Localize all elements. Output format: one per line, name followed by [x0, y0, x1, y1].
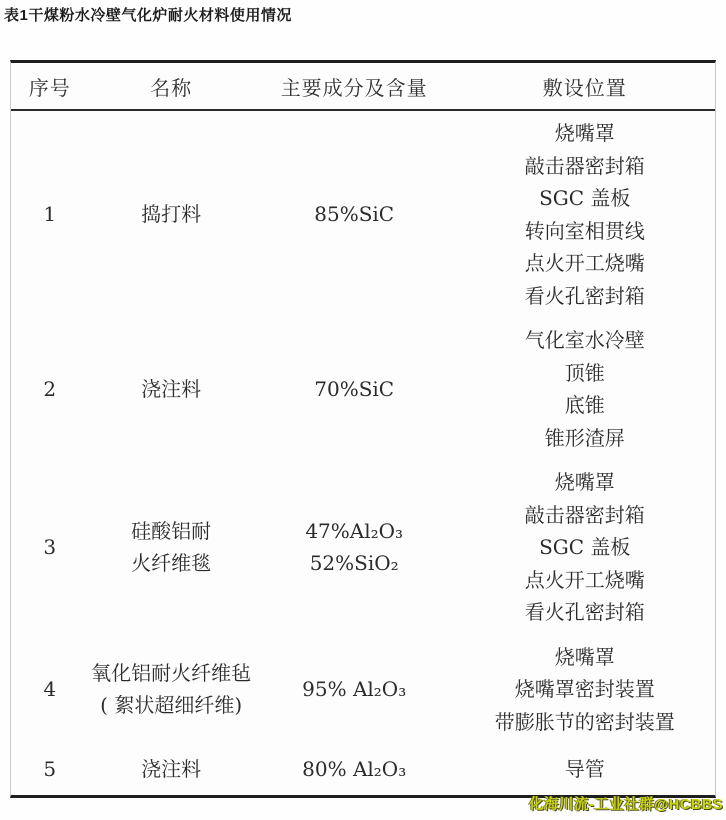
serial-number-cell: 2	[11, 324, 88, 454]
location-cell: 烧嘴罩敲击器密封箱SGC 盖板转向室相贯线点火开工烧嘴看火孔密封箱	[455, 117, 715, 312]
composition-cell: 70%SiC	[254, 324, 455, 454]
composition-cell: 47%Al₂O₃52%SiO₂	[254, 466, 455, 629]
serial-number-cell-line: 1	[43, 198, 56, 231]
location-cell-line: 点火开工烧嘴	[525, 247, 645, 280]
material-name-cell-line: 火纤维毯	[131, 547, 211, 580]
material-name-cell-line: 浇注料	[141, 373, 201, 406]
location-cell-line: 烧嘴罩	[555, 117, 615, 150]
location-cell-line: SGC 盖板	[539, 182, 630, 215]
location-cell-line: 带膨胀节的密封装置	[495, 706, 675, 739]
serial-number-cell: 4	[11, 641, 88, 739]
serial-number-cell-line: 4	[43, 673, 56, 706]
location-cell: 气化室水冷壁顶锥底锥锥形渣屏	[455, 324, 715, 454]
location-cell-line: 烧嘴罩密封装置	[515, 673, 655, 706]
location-cell-line: 气化室水冷壁	[525, 324, 645, 357]
serial-number-cell: 5	[11, 753, 88, 786]
header-location: 敷设位置	[455, 72, 715, 101]
location-cell: 烧嘴罩烧嘴罩密封装置带膨胀节的密封装置	[455, 641, 715, 739]
composition-cell: 80% Al₂O₃	[254, 753, 455, 786]
table-header-row: 序号 名称 主要成分及含量 敷设位置	[11, 63, 715, 111]
material-name-cell: 浇注料	[88, 753, 253, 786]
material-name-cell: 浇注料	[88, 324, 253, 454]
material-name-cell: 硅酸铝耐火纤维毯	[88, 466, 253, 629]
location-cell-line: 看火孔密封箱	[525, 280, 645, 313]
material-name-cell: 捣打料	[88, 117, 253, 312]
location-cell: 导管	[455, 753, 715, 786]
material-name-cell-line: 捣打料	[141, 198, 201, 231]
serial-number-cell-line: 2	[43, 373, 56, 406]
material-name-cell-line: ( 絮状超细纤维)	[100, 689, 242, 722]
location-cell-line: 顶锥	[565, 357, 605, 390]
composition-cell-line: 85%SiC	[314, 198, 394, 231]
page: 表1干煤粉水冷壁气化炉耐火材料使用情况 序号 名称 主要成分及含量 敷设位置 1…	[0, 0, 726, 820]
composition-cell: 85%SiC	[254, 117, 455, 312]
table-title: 表1干煤粉水冷壁气化炉耐火材料使用情况	[4, 4, 292, 25]
table-row: 5浇注料80% Al₂O₃导管	[11, 744, 715, 795]
refractory-material-table: 序号 名称 主要成分及含量 敷设位置 1捣打料85%SiC烧嘴罩敲击器密封箱SG…	[10, 60, 716, 798]
composition-cell-line: 95% Al₂O₃	[302, 673, 406, 706]
location-cell-line: 敲击器密封箱	[525, 499, 645, 532]
location-cell: 烧嘴罩敲击器密封箱SGC 盖板点火开工烧嘴看火孔密封箱	[455, 466, 715, 629]
composition-cell: 95% Al₂O₃	[254, 641, 455, 739]
header-composition: 主要成分及含量	[254, 72, 455, 101]
material-name-cell: 氧化铝耐火纤维毡( 絮状超细纤维)	[88, 641, 253, 739]
table-row: 4氧化铝耐火纤维毡( 絮状超细纤维)95% Al₂O₃烧嘴罩烧嘴罩密封装置带膨胀…	[11, 635, 715, 745]
serial-number-cell-line: 5	[43, 753, 56, 786]
composition-cell-line: 52%SiO₂	[310, 547, 399, 580]
serial-number-cell: 3	[11, 466, 88, 629]
composition-cell-line: 47%Al₂O₃	[305, 515, 403, 548]
composition-cell-line: 70%SiC	[314, 373, 394, 406]
table-row: 1捣打料85%SiC烧嘴罩敲击器密封箱SGC 盖板转向室相贯线点火开工烧嘴看火孔…	[11, 111, 715, 318]
composition-cell-line: 80% Al₂O₃	[302, 753, 406, 786]
watermark: 化海川流-工业社群@HCBBS	[529, 793, 723, 814]
location-cell-line: 烧嘴罩	[555, 466, 615, 499]
serial-number-cell-line: 3	[43, 531, 56, 564]
location-cell-line: 敲击器密封箱	[525, 150, 645, 183]
location-cell-line: 烧嘴罩	[555, 641, 615, 674]
location-cell-line: 锥形渣屏	[545, 422, 625, 455]
location-cell-line: 底锥	[565, 389, 605, 422]
material-name-cell-line: 硅酸铝耐	[131, 515, 211, 548]
table-body: 1捣打料85%SiC烧嘴罩敲击器密封箱SGC 盖板转向室相贯线点火开工烧嘴看火孔…	[11, 111, 715, 795]
location-cell-line: SGC 盖板	[539, 531, 630, 564]
location-cell-line: 看火孔密封箱	[525, 596, 645, 629]
table-row: 2浇注料70%SiC气化室水冷壁顶锥底锥锥形渣屏	[11, 318, 715, 460]
table-row: 3硅酸铝耐火纤维毯47%Al₂O₃52%SiO₂烧嘴罩敲击器密封箱SGC 盖板点…	[11, 460, 715, 635]
location-cell-line: 转向室相贯线	[525, 215, 645, 248]
header-material-name: 名称	[88, 72, 253, 101]
location-cell-line: 点火开工烧嘴	[525, 564, 645, 597]
location-cell-line: 导管	[565, 753, 605, 786]
material-name-cell-line: 氧化铝耐火纤维毡	[91, 657, 251, 690]
serial-number-cell: 1	[11, 117, 88, 312]
header-serial-number: 序号	[11, 72, 88, 101]
material-name-cell-line: 浇注料	[141, 753, 201, 786]
